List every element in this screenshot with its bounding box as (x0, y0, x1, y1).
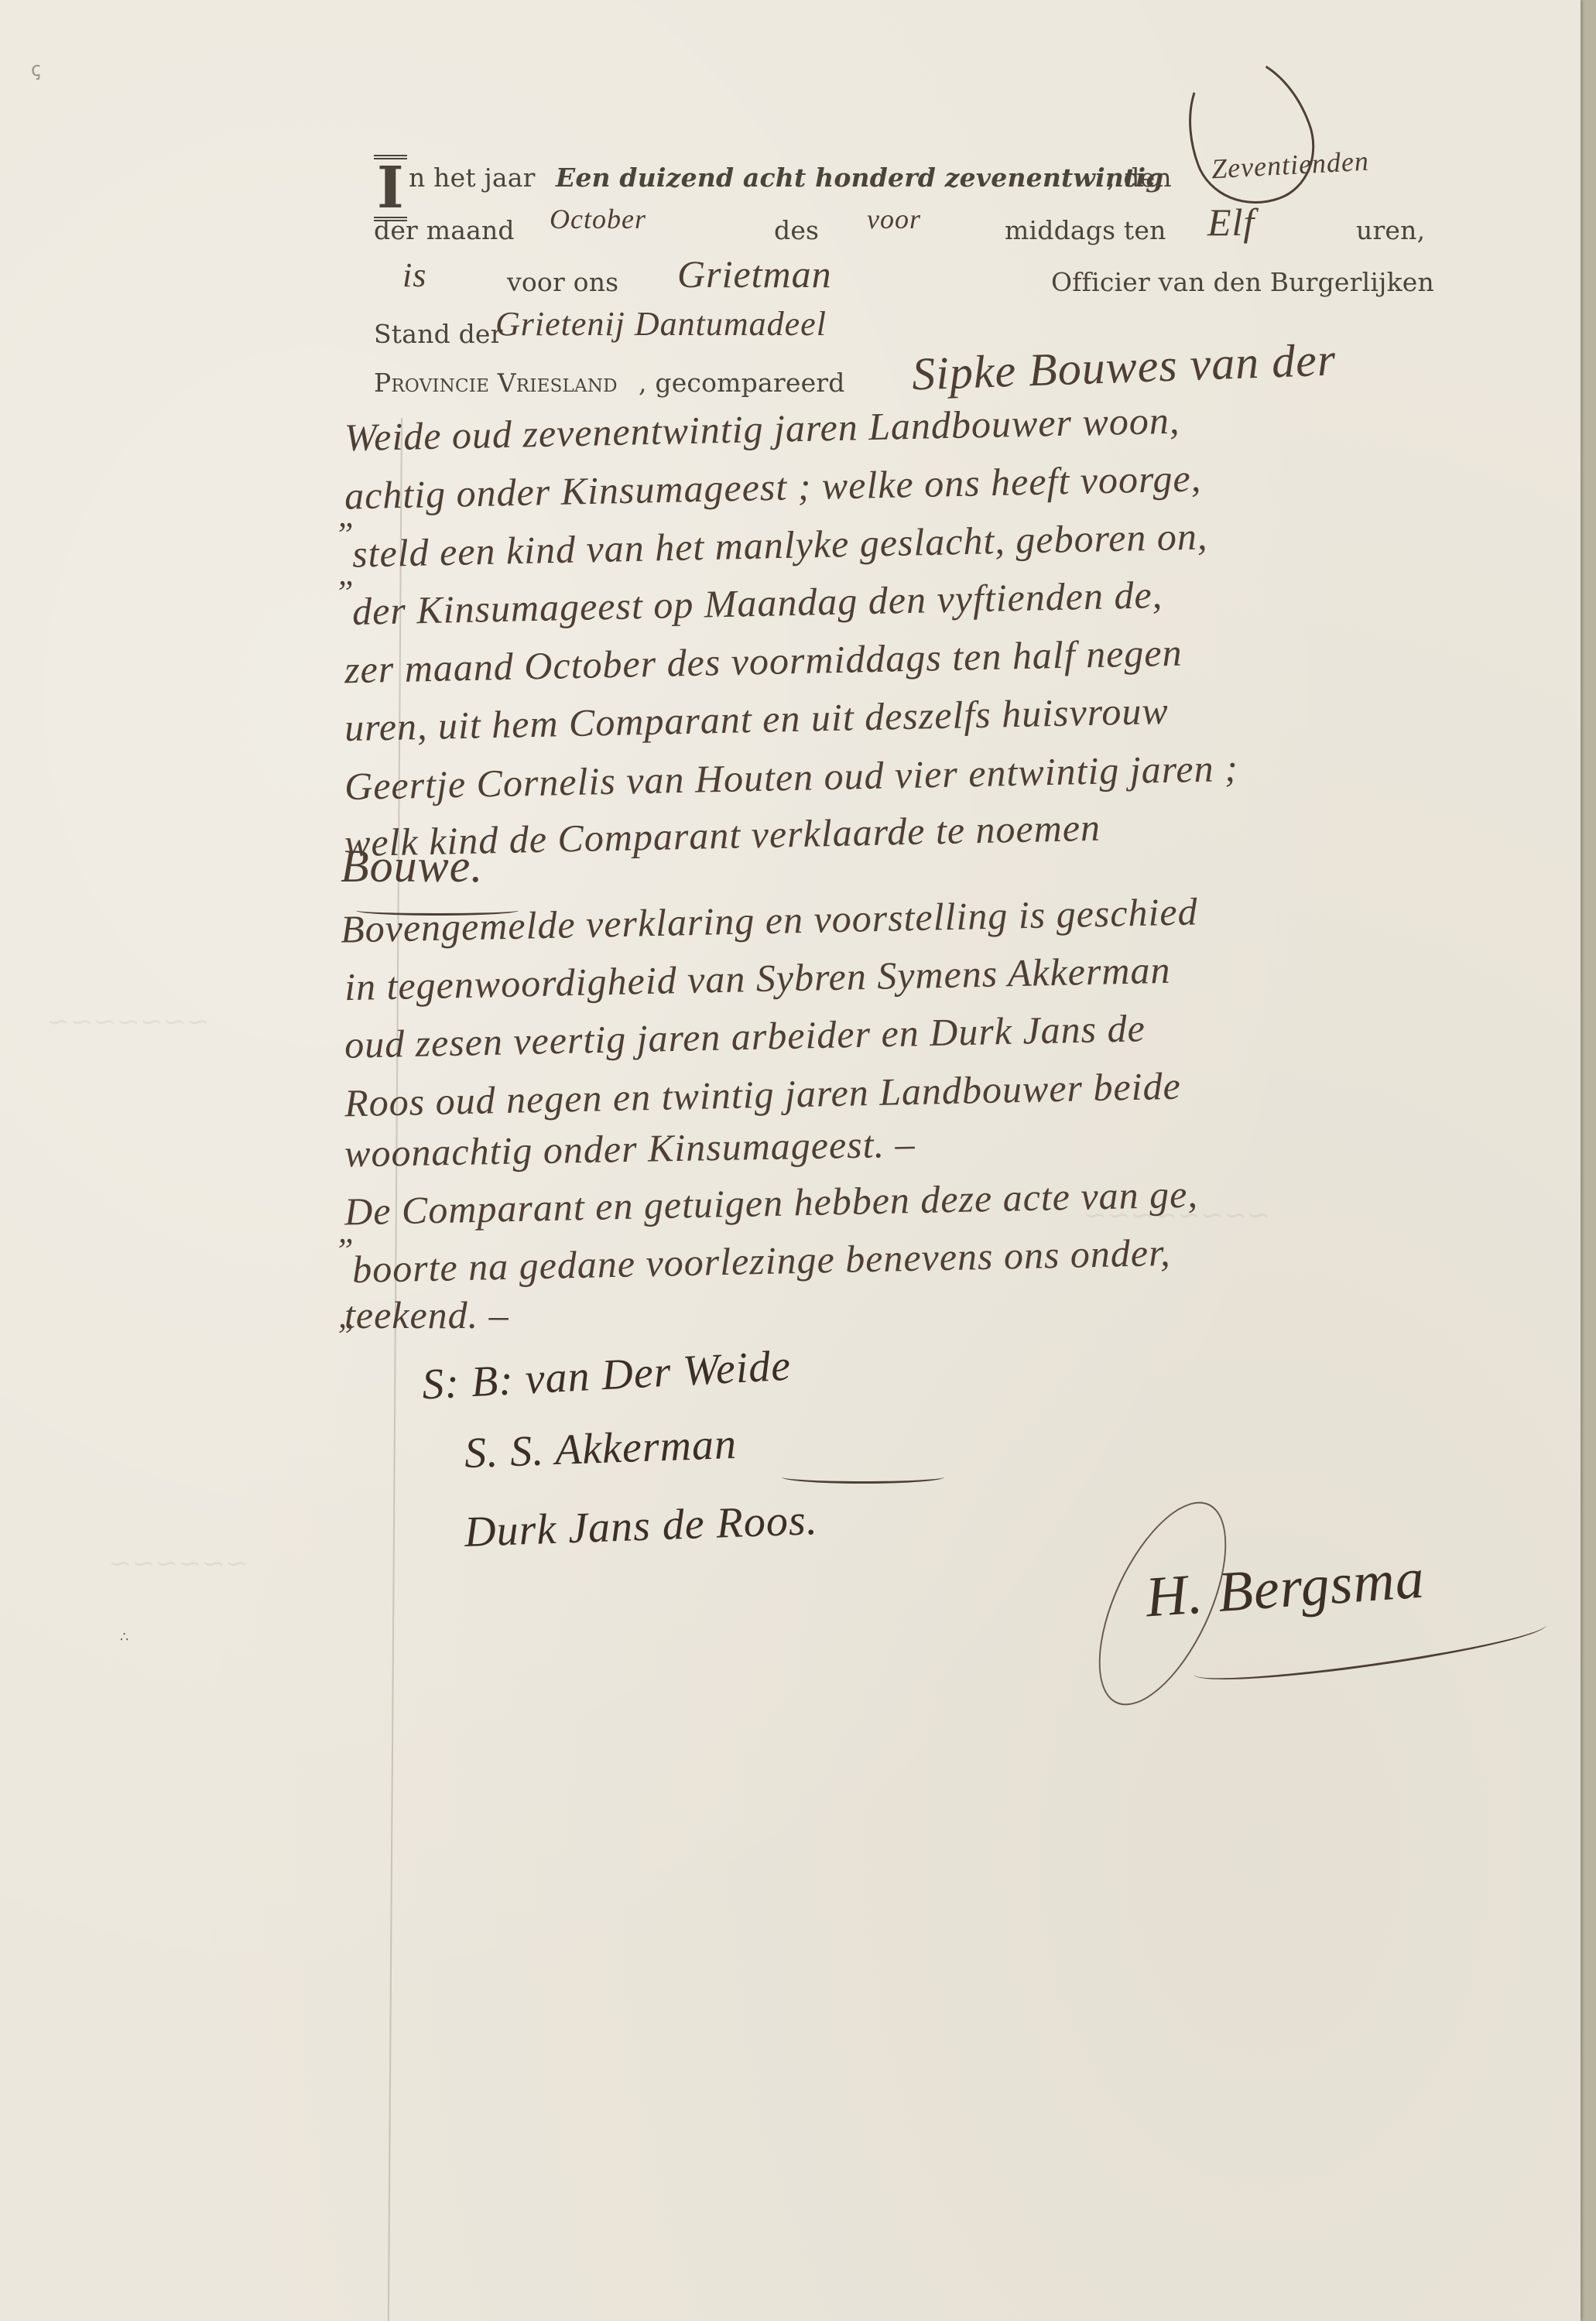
printed-text: voor ons (507, 267, 618, 297)
filled-part-of-day: voor (867, 203, 921, 235)
witness-line: Roos oud negen en twintig jaren Landbouw… (344, 1063, 1182, 1126)
printed-text: , gecompareerd (639, 368, 845, 398)
body-line: Weide oud zevenentwintig jaren Landbouwe… (344, 398, 1180, 460)
body-line: der Kinsumageest op Maandag den vyftiend… (352, 572, 1163, 634)
printed-text: uren, (1356, 215, 1425, 245)
bleed-through: ~~~~~~~ (46, 1006, 210, 1038)
act-number-flourish (1166, 38, 1331, 222)
printed-text: Officier van den Burgerlijken (1051, 267, 1434, 297)
filled-municipality: Grietenij Dantumadeel (495, 304, 827, 344)
signature-underline (782, 1470, 944, 1484)
filled-declarant-name: Sipke Bouwes van der (911, 333, 1337, 401)
witness-line: in tegenwoordigheid van Sybren Symens Ak… (344, 947, 1171, 1009)
closing-line: boorte na gedane voorlezinge benevens on… (352, 1230, 1171, 1292)
closing-line: De Comparant en getuigen hebben deze act… (344, 1171, 1199, 1234)
ditto-mark: ” (334, 1316, 354, 1355)
filled-month: October (550, 203, 646, 235)
filled-hour: Elf (1207, 200, 1255, 245)
witness-line: oud zesen veertig jaren arbeider en Durk… (344, 1005, 1146, 1067)
closing-line: teekend. – (344, 1292, 509, 1337)
printed-year: Een duizend acht honderd zevenentwintig (556, 163, 1163, 193)
filled-official-title: Grietman (677, 252, 832, 296)
body-line: achtig onder Kinsumageest ; welke ons he… (344, 455, 1202, 518)
corner-ink-mark: ꞔ (31, 54, 40, 82)
witness-line: Bovengemelde verklaring en voorstelling … (341, 888, 1199, 951)
bleed-through: ~~~~~~ (108, 1548, 248, 1580)
printed-text: , den (1107, 163, 1172, 193)
signature-witness-de-roos: Durk Jans de Roos. (464, 1495, 819, 1557)
document-page: ꞔ ∴ ~~~~~~~ ~~~~~~ ~~~~~~~~ I n het jaar… (0, 0, 1581, 2321)
body-line: uren, uit hem Comparant en uit deszelfs … (344, 688, 1170, 750)
body-line: zer maand October des voormiddags ten ha… (344, 630, 1183, 693)
signature-declarant: S: B: van Der Weide (421, 1341, 793, 1410)
printed-text: des (774, 215, 819, 245)
printed-text: middags ten (1005, 215, 1166, 245)
body-line: Geertje Cornelis van Houten oud vier ent… (344, 745, 1239, 809)
printed-province: Provincie Vriesland (374, 368, 618, 398)
witness-line: woonachtig onder Kinsumageest. – (344, 1121, 916, 1176)
decorative-initial: I (374, 155, 407, 221)
child-name: Bouwe. (341, 840, 483, 893)
filled-is: is (402, 255, 426, 295)
ink-specks: ∴ (120, 1629, 130, 1645)
printed-text: Stand der (374, 319, 503, 349)
signature-witness-akkerman: S. S. Akkerman (464, 1419, 738, 1478)
printed-text: n het jaar (409, 163, 536, 193)
body-line: steld een kind van het manlyke geslacht,… (352, 513, 1208, 576)
printed-text: der maand (374, 215, 515, 245)
